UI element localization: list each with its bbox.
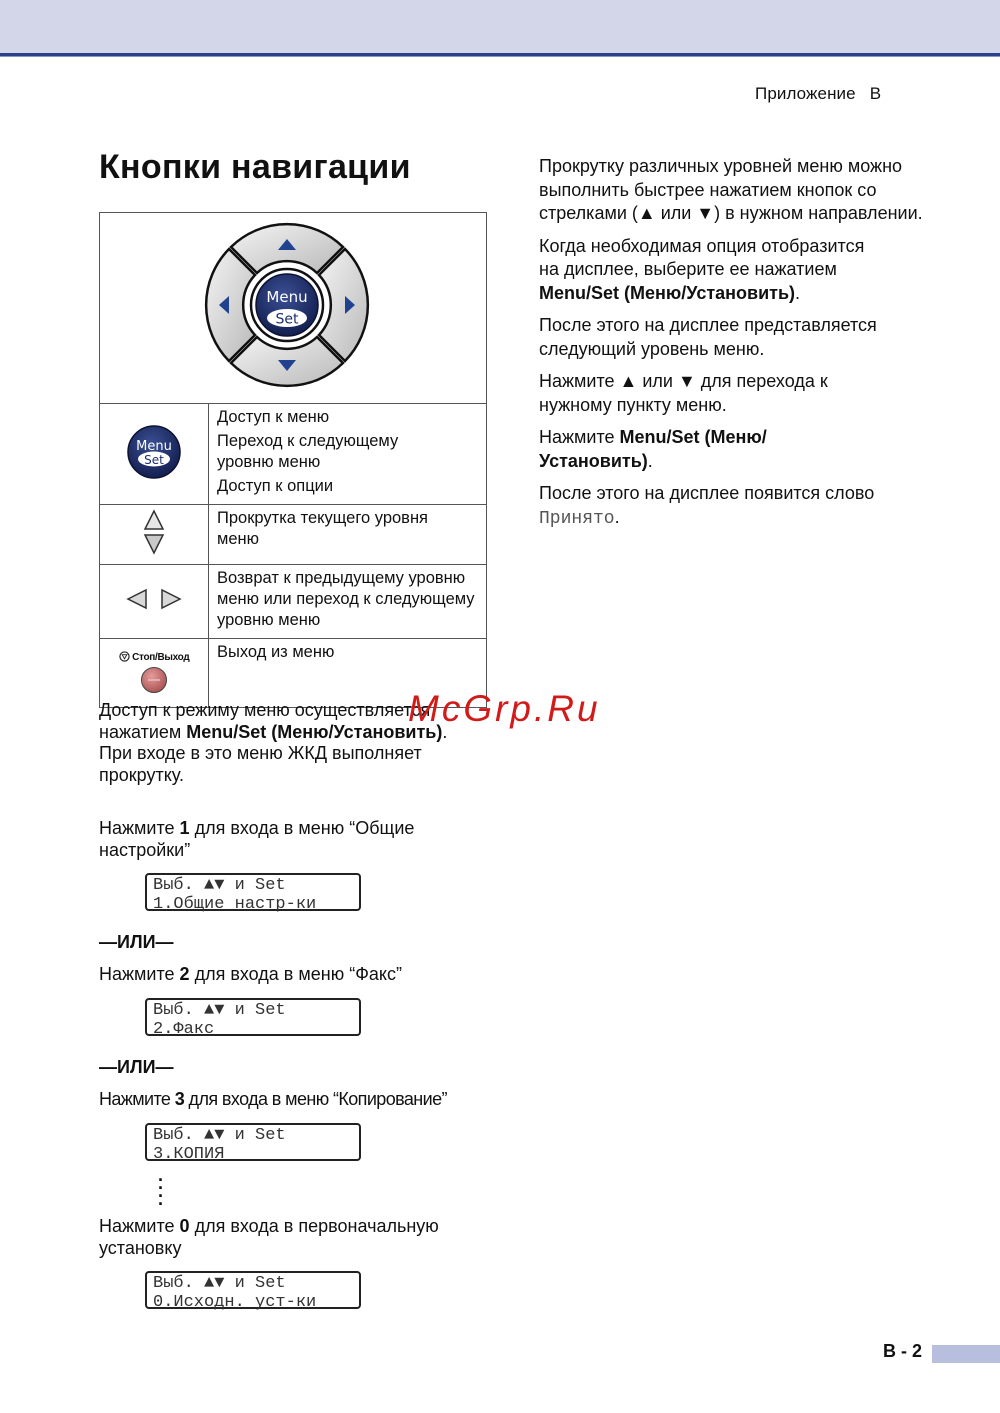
step-pre: Нажмите <box>99 818 180 838</box>
p2-end: . <box>795 283 800 303</box>
or-separator: —ИЛИ— <box>99 1057 174 1078</box>
lcd-display-3: Выб. ▲▼ и Set 3.КОПИЯ <box>145 1123 361 1161</box>
stop-octagon-icon <box>119 651 130 662</box>
section-label: Приложение <box>755 84 856 103</box>
up-down-description: Прокрутка текущего уровня меню <box>209 505 487 565</box>
up-down-arrows-icon <box>142 508 166 556</box>
menu-set-key-name: Menu/Set (Меню/Установить) <box>186 722 442 742</box>
step-post: для входа в меню “Копирование” <box>184 1089 447 1109</box>
paragraph-scroll-tip: Прокрутку различных уровней меню можно в… <box>539 155 924 226</box>
lcd-display-2: Выб. ▲▼ и Set 2.Факс <box>145 998 361 1036</box>
menu-set-description: Доступ к меню Переход к следующему уровн… <box>209 404 487 505</box>
step-0-text: Нажмите 0 для входа в первоначальную уст… <box>99 1215 489 1259</box>
lcd-line-1: Выб. ▲▼ и Set <box>153 1001 286 1020</box>
dpad-illustration-cell: Menu Set <box>100 213 487 404</box>
menu-set-button-icon: Menu Set <box>126 424 182 480</box>
lcd-line-1: Выб. ▲▼ и Set <box>153 1126 286 1145</box>
or-separator: —ИЛИ— <box>99 932 174 953</box>
page-number: B - 2 <box>883 1341 922 1362</box>
lcd-line-1: Выб. ▲▼ и Set <box>153 1274 286 1293</box>
lcd-line-1: Выб. ▲▼ и Set <box>153 876 286 895</box>
paragraph-next-level: После этого на дисплее представляется сл… <box>539 314 924 361</box>
dpad-icon: Menu Set <box>100 213 486 398</box>
lcd-line-2: 0.Исходн. уст-ки <box>153 1293 316 1312</box>
header-rule-thin <box>0 56 1000 57</box>
description-line: Доступ к опции <box>217 476 478 497</box>
dpad-menu-label: Menu <box>266 288 307 306</box>
step-pre: Нажмите <box>99 964 180 984</box>
lcd-line-2: 3.КОПИЯ <box>153 1145 224 1164</box>
p2-bold: Menu/Set (Меню/Установить) <box>539 283 795 303</box>
p6-text: После этого на дисплее появится слово <box>539 483 874 503</box>
intro-text-2: При входе в это меню ЖКД выполняет прокр… <box>99 743 469 786</box>
description-line: Прокрутка текущего уровня меню <box>217 508 457 550</box>
paragraph-accepted: После этого на дисплее появится слово Пр… <box>539 482 924 531</box>
lcd-display-0: Выб. ▲▼ и Set 0.Исходн. уст-ки <box>145 1271 361 1309</box>
left-right-icon-cell <box>100 565 209 639</box>
paragraph-press-menu-set: Нажмите Menu/Set (Меню/Установить). <box>539 426 769 473</box>
table-row: Menu Set Доступ к меню Переход к следующ… <box>100 404 487 505</box>
up-down-icon-cell <box>100 505 209 565</box>
lcd-display-1: Выб. ▲▼ и Set 1.Общие настр-ки <box>145 873 361 911</box>
step-post: для входа в меню “Факс” <box>190 964 402 984</box>
step-pre: Нажмите <box>99 1089 175 1109</box>
header-band <box>0 0 1000 53</box>
paragraph-select-option: Когда необходимая опция отобразится на д… <box>539 235 884 306</box>
step-1-text: Нажмите 1 для входа в меню “Общие настро… <box>99 817 469 861</box>
p5-text: Нажмите <box>539 427 620 447</box>
ellipsis-dots: ···· <box>158 1176 164 1208</box>
stop-exit-button-icon <box>140 666 168 694</box>
description-line: Переход к следующему уровню меню <box>217 431 427 473</box>
section-letter: B <box>870 84 881 103</box>
menu-set-icon-cell: Menu Set <box>100 404 209 505</box>
step-key: 0 <box>180 1216 190 1236</box>
stop-exit-label-row: Стоп/Выход <box>100 651 208 663</box>
step-2-text: Нажмите 2 для входа в меню “Факс” <box>99 963 499 985</box>
navigation-buttons-table: Menu Set Menu Set Доступ к меню Переход … <box>99 212 487 708</box>
lcd-line-2: 1.Общие настр-ки <box>153 895 316 914</box>
stop-exit-icon-cell: Стоп/Выход <box>100 639 209 708</box>
dpad-set-label: Set <box>276 312 300 328</box>
step-key: 2 <box>180 964 190 984</box>
running-head: ПриложениеB <box>755 84 881 104</box>
stop-exit-label: Стоп/Выход <box>132 652 189 663</box>
description-line: Возврат к предыдущему уровню меню или пе… <box>217 568 477 631</box>
description-line: Доступ к меню <box>217 407 478 428</box>
p5-end: . <box>648 451 653 471</box>
left-right-arrows-icon <box>125 587 183 611</box>
paragraph-press-arrows: Нажмите ▲ или ▼ для перехода к нужному п… <box>539 370 869 417</box>
step-key: 3 <box>175 1089 184 1109</box>
step-pre: Нажмите <box>99 1216 180 1236</box>
description-line: Выход из меню <box>217 642 478 663</box>
watermark: McGrp.Ru <box>408 688 601 730</box>
p2-text: Когда необходимая опция отобразится на д… <box>539 236 864 280</box>
step-3-text: Нажмите 3 для входа в меню “Копирование” <box>99 1088 519 1110</box>
right-column: Прокрутку различных уровней меню можно в… <box>539 155 939 540</box>
step-key: 1 <box>180 818 190 838</box>
table-row: Возврат к предыдущему уровню меню или пе… <box>100 565 487 639</box>
svg-text:Set: Set <box>144 453 164 467</box>
p6-end: . <box>615 507 620 527</box>
left-right-description: Возврат к предыдущему уровню меню или пе… <box>209 565 487 639</box>
lcd-line-2: 2.Факс <box>153 1020 214 1039</box>
table-row: Прокрутка текущего уровня меню <box>100 505 487 565</box>
footer-band <box>932 1345 1000 1363</box>
page-title: Кнопки навигации <box>99 148 411 187</box>
lcd-word-accepted: Принято <box>539 509 615 529</box>
